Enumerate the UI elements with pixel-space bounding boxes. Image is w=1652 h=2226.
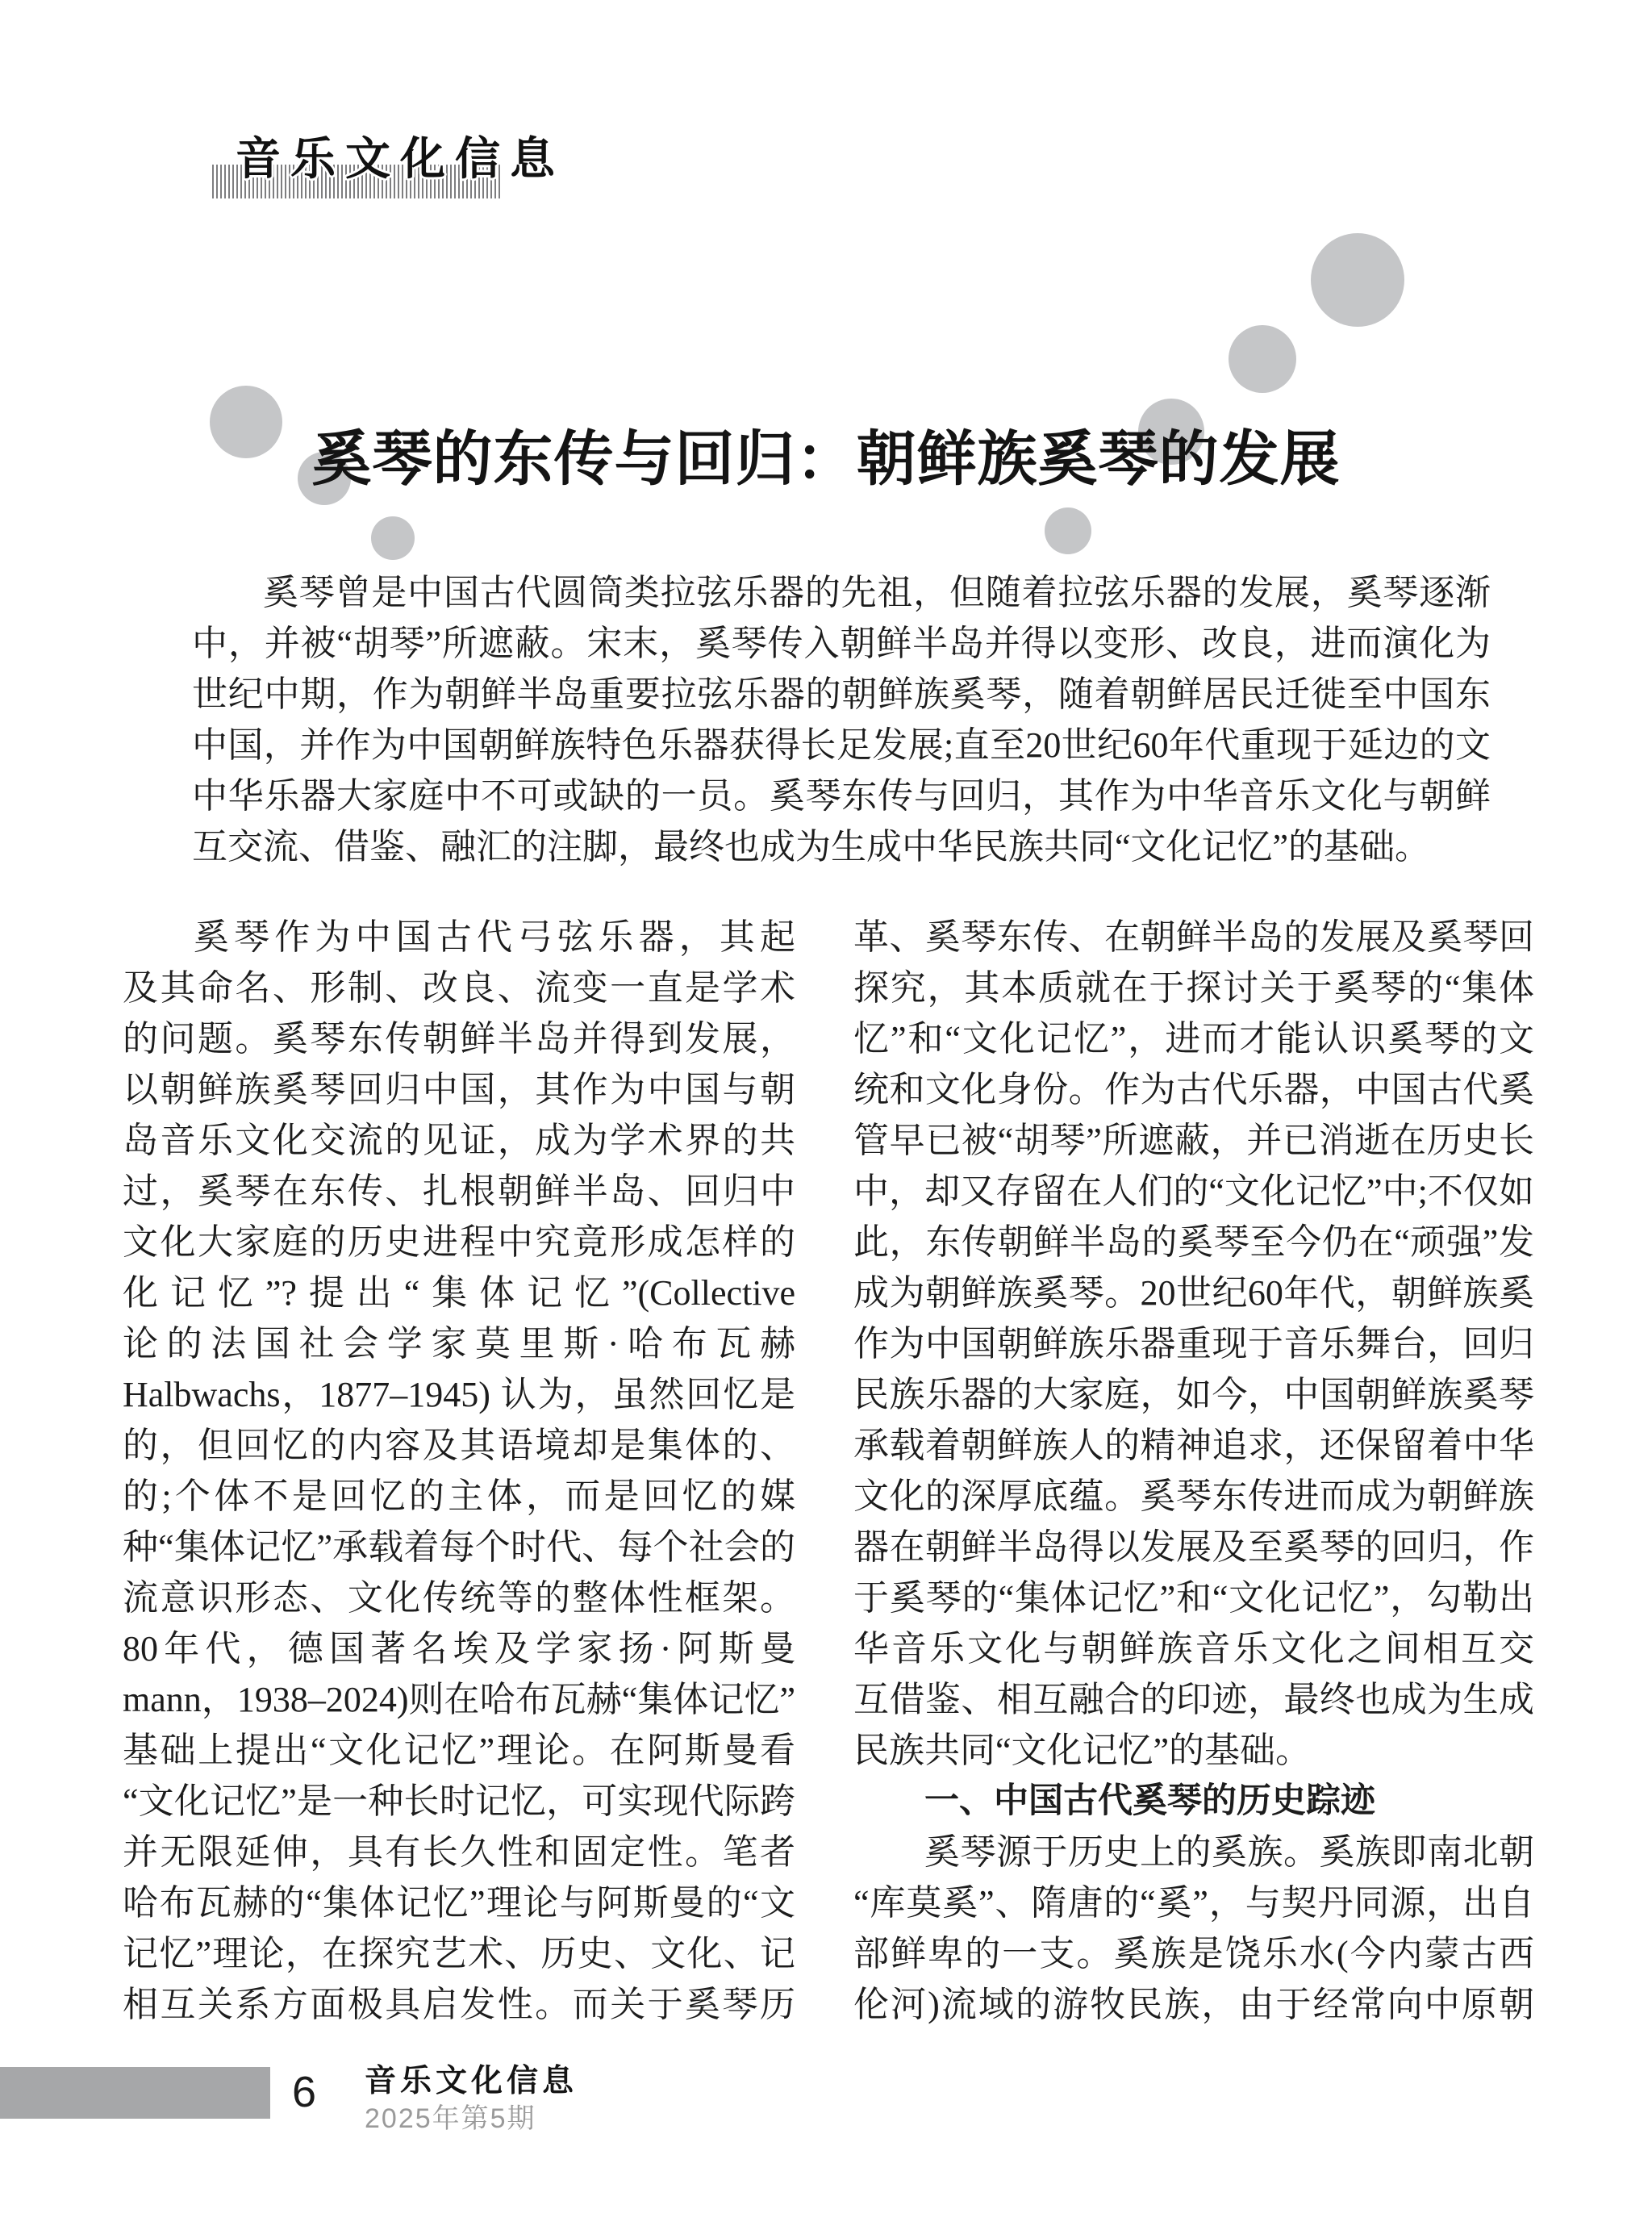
decor-circle (1045, 507, 1091, 554)
text-line: 化记忆”?提出“集体记忆”(Collective Memory)理 (123, 1268, 795, 1318)
footer-bar (0, 2067, 270, 2119)
text-line: 基础上提出“文化记忆”理论。在阿斯曼看来， (123, 1725, 795, 1776)
text-line: 80年代，德国著名埃及学家扬·阿斯曼(JanAss- (123, 1623, 795, 1674)
text-line: 奚琴作为中国古代弓弦乐器，其起源、发展 (123, 912, 795, 963)
article-title: 奚琴的东传与回归：朝鲜族奚琴的发展 (312, 429, 1341, 492)
left-column: 奚琴作为中国古代弓弦乐器，其起源、发展及其命名、形制、改良、流变一直是学术界关注… (123, 912, 795, 2030)
text-line: 承载着朝鲜族人的精神追求，还保留着中华音乐 (853, 1420, 1534, 1471)
text-line: 并无限延伸，具有长久性和固定性。笔者认为， (123, 1827, 795, 1877)
text-line: 记忆”理论，在探究艺术、历史、文化、记忆及其 (123, 1928, 795, 1979)
text-line: 种“集体记忆”承载着每个时代、每个社会的主 (123, 1522, 795, 1572)
footer-journal-name: 音乐文化信息 (365, 2065, 578, 2097)
text-line: 互交流、借鉴、融汇的注脚，最终也成为生成中华民族共同“文化记忆”的基础。 (192, 821, 1491, 871)
text-line: Halbwachs，1877–1945) 认为，虽然回忆是个体 (123, 1369, 795, 1420)
text-line: 伦河)流域的游牧民族，由于经常向中原朝廷进 (853, 1979, 1534, 2030)
text-line: 奚琴曾是中国古代圆筒类拉弦乐器的先祖，但随着拉弦乐器的发展，奚琴逐渐消逝在历史长… (192, 566, 1491, 617)
text-line: “文化记忆”是一种长时记忆，可实现代际跨越 (123, 1776, 795, 1827)
text-line: 管早已被“胡琴”所遮蔽，并已消逝在历史长河 (853, 1115, 1534, 1166)
text-line: 部鲜卑的一支。奚族是饶乐水(今内蒙古西拉木 (853, 1928, 1534, 1979)
text-line: 的，但回忆的内容及其语境却是集体的、社会 (123, 1420, 795, 1471)
text-line: 奚琴源于历史上的奚族。奚族即南北朝的 (853, 1827, 1534, 1877)
text-line: 及其命名、形制、改良、流变一直是学术界关注 (123, 963, 795, 1013)
section-band-label: 音乐文化信息 (236, 136, 565, 186)
text-line: mann，1938–2024)则在哈布瓦赫“集体记忆”的 (123, 1674, 795, 1725)
text-line: 互借鉴、相互融合的印迹，最终也成为生成中华 (853, 1674, 1534, 1725)
text-line: 世纪中期，作为朝鲜半岛重要拉弦乐器的朝鲜族奚琴，随着朝鲜居民迁徙至中国东北，使它… (192, 668, 1491, 719)
text-line: 中华乐器大家庭中不可或缺的一员。奚琴东传与回归，其作为中华音乐文化与朝鲜族音乐文… (192, 770, 1491, 821)
right-column: 革、奚琴东传、在朝鲜半岛的发展及奚琴回归的探究，其本质就在于探讨关于奚琴的“集体… (853, 912, 1534, 2030)
text-line: 成为朝鲜族奚琴。20世纪60年代，朝鲜族奚琴 (853, 1268, 1534, 1318)
text-line: 华音乐文化与朝鲜族音乐文化之间相互交流、相 (853, 1623, 1534, 1674)
text-line: 岛音乐文化交流的见证，成为学术界的共识。不 (123, 1115, 795, 1166)
text-line: 民族乐器的大家庭，如今，中国朝鲜族奚琴不仅 (853, 1369, 1534, 1420)
text-line: 此，东传朝鲜半岛的奚琴至今仍在“顽强”发展， (853, 1217, 1534, 1268)
text-line: 的问题。奚琴东传朝鲜半岛并得到发展，最终又 (123, 1013, 795, 1064)
decor-circle (1311, 233, 1404, 327)
decor-circle (1229, 325, 1296, 393)
journal-page: 音乐文化信息 奚琴的东传与回归：朝鲜族奚琴的发展 奚琴曾是中国古代圆筒类拉弦乐器… (0, 0, 1652, 2226)
text-line: 器在朝鲜半岛得以发展及至奚琴的回归，作为关 (853, 1522, 1534, 1572)
text-line: 作为中国朝鲜族乐器重现于音乐舞台，回归中华 (853, 1318, 1534, 1369)
section-heading: 一、中国古代奚琴的历史踪迹 (853, 1776, 1534, 1827)
text-line: 探究，其本质就在于探讨关于奚琴的“集体记 (853, 963, 1534, 1013)
text-line: 文化的深厚底蕴。奚琴东传进而成为朝鲜族乐 (853, 1471, 1534, 1522)
text-line: 中国，并作为中国朝鲜族特色乐器获得长足发展;直至20世纪60年代重现于延边的文艺… (192, 719, 1491, 770)
text-line: 忆”和“文化记忆”，进而才能认识奚琴的文化传 (853, 1013, 1534, 1064)
text-line: “库莫奚”、隋唐的“奚”，与契丹同源，出自宇文 (853, 1877, 1534, 1928)
footer-issue-label: 2025年第5期 (365, 2104, 536, 2134)
text-line: 文化大家庭的历史进程中究竟形成怎样的“文 (123, 1217, 795, 1268)
text-line: 统和文化身份。作为古代乐器，中国古代奚琴尽 (853, 1064, 1534, 1115)
text-line: 中，却又存留在人们的“文化记忆”中;不仅如 (853, 1166, 1534, 1217)
text-line: 论的法国社会学家莫里斯·哈布瓦赫(Maurice (123, 1318, 795, 1369)
text-line: 革、奚琴东传、在朝鲜半岛的发展及奚琴回归的 (853, 912, 1534, 963)
text-line: 过，奚琴在东传、扎根朝鲜半岛、回归中华音乐 (123, 1166, 795, 1217)
decor-circle (371, 516, 415, 560)
page-number: 6 (292, 2070, 316, 2114)
text-line: 的;个体不是回忆的主体，而是回忆的媒介。这 (123, 1471, 795, 1522)
text-line: 流意识形态、文化传统等的整体性框架。20世纪 (123, 1572, 795, 1623)
text-line: 中，并被“胡琴”所遮蔽。宋末，奚琴传入朝鲜半岛并得以变形、改良，进而演化为朝鲜族… (192, 617, 1491, 668)
text-line: 民族共同“文化记忆”的基础。 (853, 1725, 1534, 1776)
text-line: 相互关系方面极具启发性。而关于奚琴历史沿 (123, 1979, 795, 2030)
text-line: 以朝鲜族奚琴回归中国，其作为中国与朝鲜半 (123, 1064, 795, 1115)
decor-circle (210, 386, 282, 458)
text-line: 于奚琴的“集体记忆”和“文化记忆”，勾勒出中 (853, 1572, 1534, 1623)
abstract-block: 奚琴曾是中国古代圆筒类拉弦乐器的先祖，但随着拉弦乐器的发展，奚琴逐渐消逝在历史长… (192, 566, 1491, 871)
text-line: 哈布瓦赫的“集体记忆”理论与阿斯曼的“文化 (123, 1877, 795, 1928)
